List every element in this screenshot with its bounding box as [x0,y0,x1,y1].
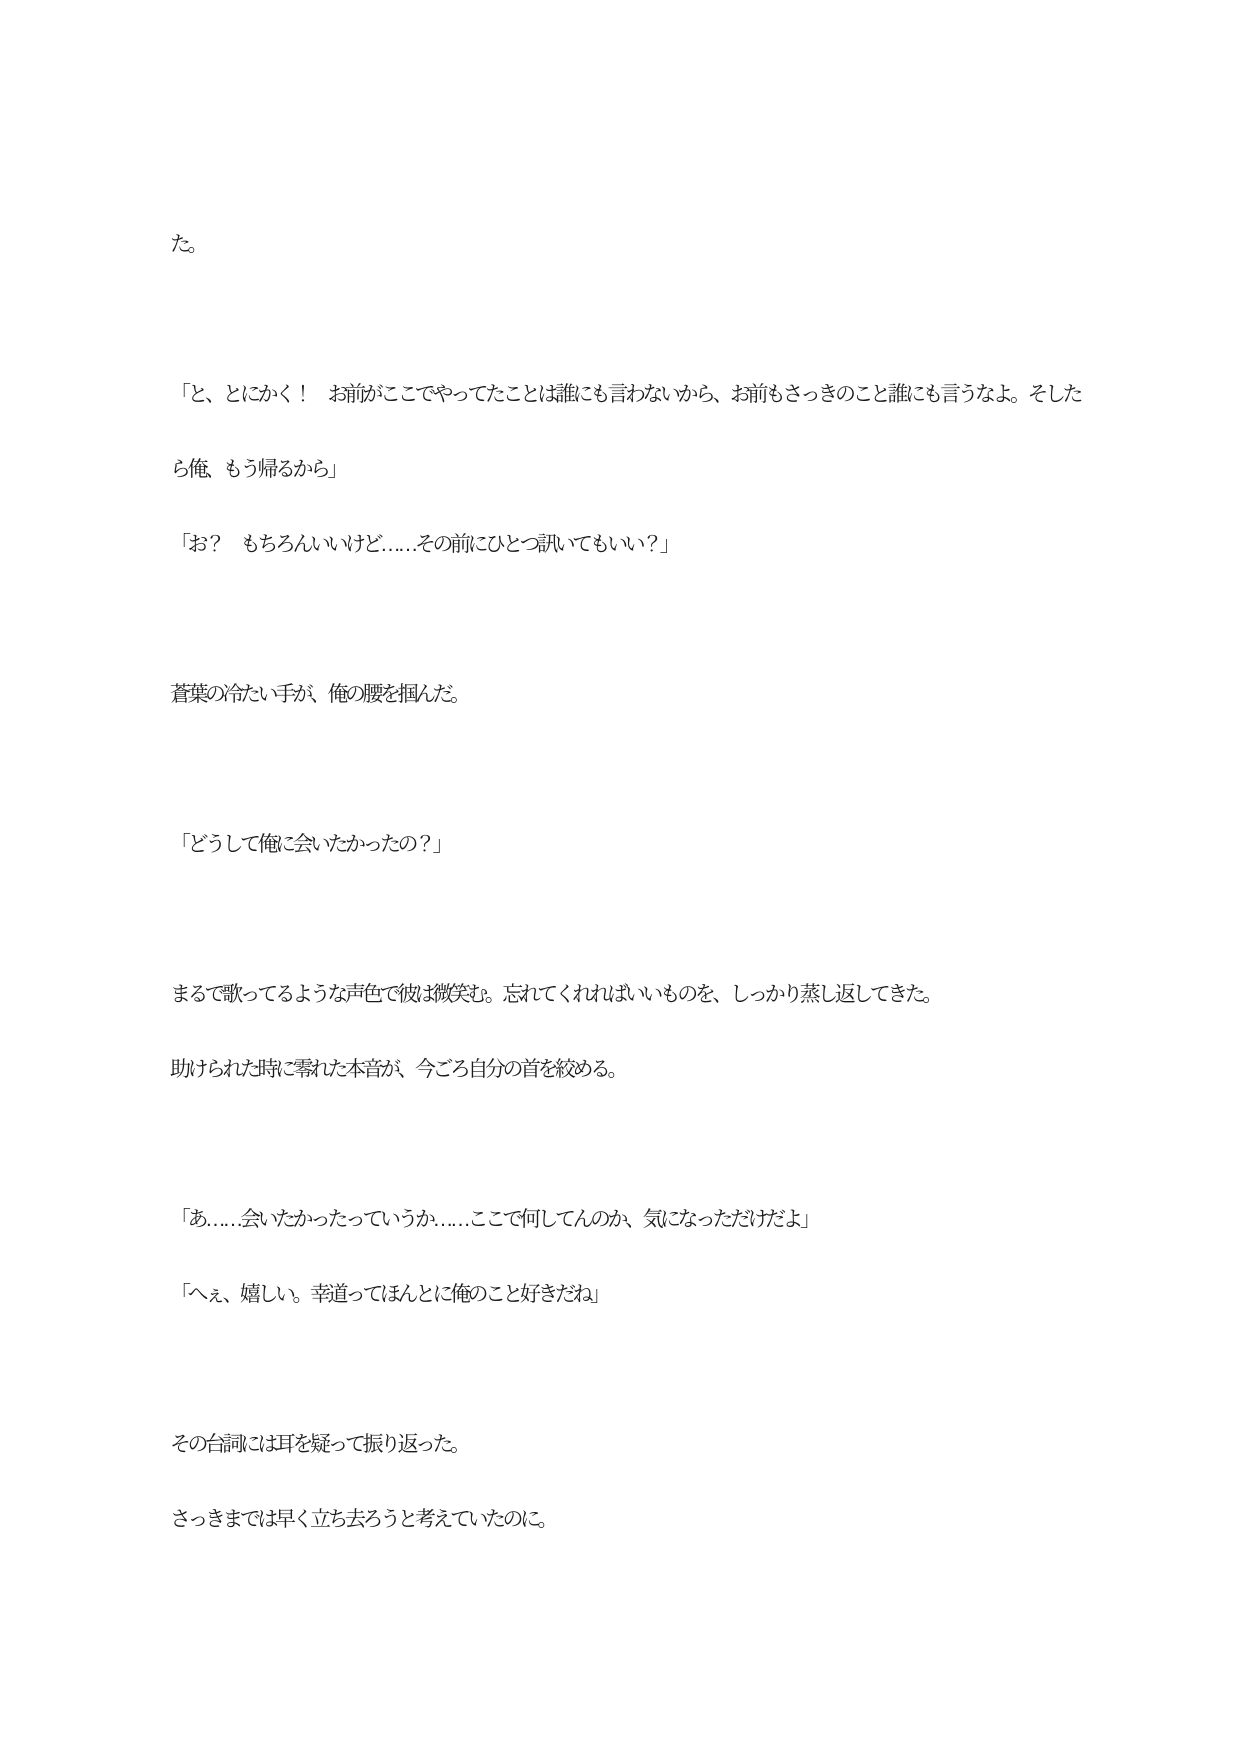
text-line: まるで歌ってるような声色で彼は微笑む。忘れてくれればいいものを、しっかり蒸し返し… [170,957,1100,1032]
text-line: ら俺、もう帰るから」 [170,432,1100,507]
blank-line [170,282,1100,357]
blank-line [170,582,1100,657]
text-line: さっきまでは早く立ち去ろうと考えていたのに。 [170,1482,1100,1557]
text-line: 「どうして俺に会いたかったの？」 [170,807,1100,882]
text-line: 「お？ もちろんいいけど……その前にひとつ訊いてもいい？」 [170,507,1100,582]
blank-line [170,732,1100,807]
text-line: た。 [170,207,1100,282]
document-body: た。「と、とにかく！ お前がここでやってたことは誰にも言わないから、お前もさっき… [170,207,1100,1557]
document-page: た。「と、とにかく！ お前がここでやってたことは誰にも言わないから、お前もさっき… [0,0,1240,1755]
text-line: 「へぇ、嬉しい。幸道ってほんとに俺のこと好きだね」 [170,1257,1100,1332]
blank-line [170,1107,1100,1182]
blank-line [170,882,1100,957]
text-line: 「あ……会いたかったっていうか……ここで何してんのか、気になっただけだよ」 [170,1182,1100,1257]
blank-line [170,1332,1100,1407]
text-line: その台詞には耳を疑って振り返った。 [170,1407,1100,1482]
text-line: 「と、とにかく！ お前がここでやってたことは誰にも言わないから、お前もさっきのこ… [170,357,1100,432]
text-line: 蒼葉の冷たい手が、俺の腰を掴んだ。 [170,657,1100,732]
text-line: 助けられた時に零れた本音が、今ごろ自分の首を絞める。 [170,1032,1100,1107]
